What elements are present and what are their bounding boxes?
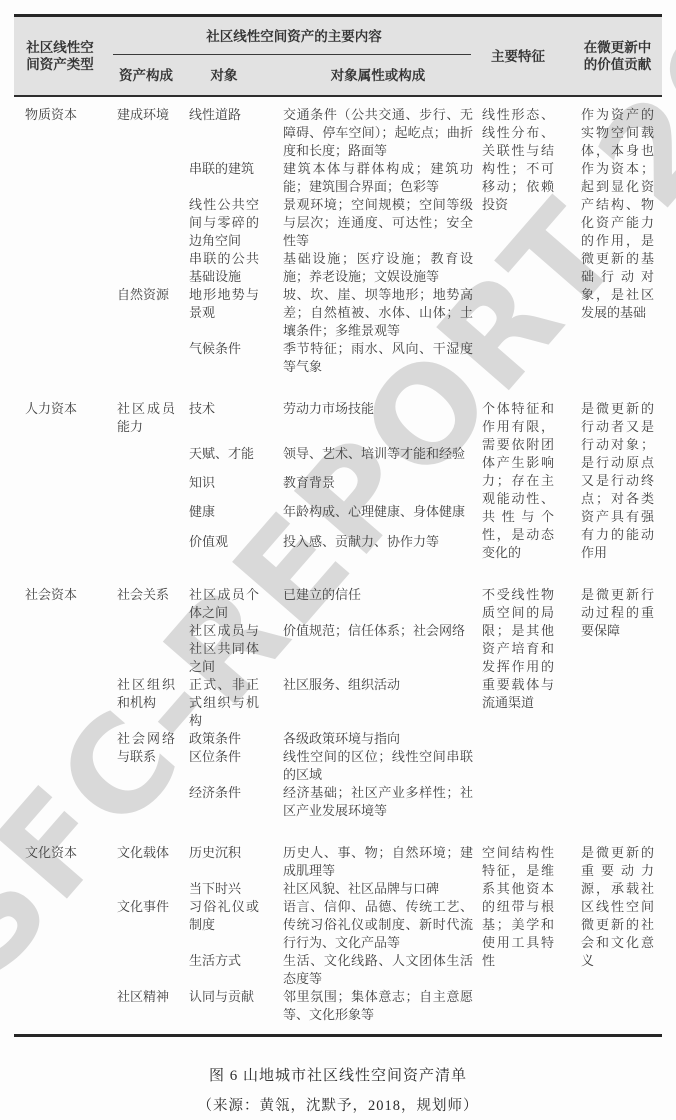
header-main-content: 社区线性空间资产的主要内容 <box>109 16 479 56</box>
attribute-cell: 社区服务、组织活动 <box>279 676 479 730</box>
attribute-cell: 年龄构成、心理健康、身体健康 <box>279 503 479 532</box>
figure-caption: 图 6 山地城市社区线性空间资产清单 （来源：黄瓴，沈默予，2018，规划师） <box>0 1064 676 1115</box>
value-cell: 是微更新的重要动力源，承载社区线性空间微更新的社会和文化意义 <box>579 820 662 1036</box>
attribute-cell: 基础设施；医疗设施；教育设施；养老设施；文娱设施等 <box>279 250 479 286</box>
table-row: 文化资本 文化载体 历史沉积 历史人、事、物；自然环境；建成肌理等 空间结构性特… <box>14 820 662 880</box>
attribute-cell: 已建立的信任 <box>279 562 479 622</box>
feature-cell: 个体特征和作用有限，需要依附团体产生影响力；存在主观能动性、共性与个性，是动态变… <box>479 376 579 562</box>
table-row: 社会资本 社会关系 社区成员个体之间 已建立的信任 不受线性物质空间的局限；是其… <box>14 562 662 622</box>
asset-type-cell: 社会资本 <box>14 562 109 820</box>
attribute-cell: 社区风貌、社区品牌与口碑 <box>279 880 479 898</box>
composition-cell: 自然资源 <box>109 286 185 376</box>
value-cell: 作为资产的实物空间载体，本身也作为资本；起到显化资产结构、物化资产能力的作用，是… <box>579 96 662 376</box>
header-value-contribution: 在微更新中的价值贡献 <box>579 16 662 97</box>
document-page: SFC-REPORT 2021 社区线性空间资产类型 社区线性空间资产的主要内容… <box>0 0 676 1120</box>
section-cultural-capital: 文化资本 文化载体 历史沉积 历史人、事、物；自然环境；建成肌理等 空间结构性特… <box>14 820 662 1036</box>
header-object-attribute: 对象属性或构成 <box>279 55 479 96</box>
object-cell: 政策条件 <box>185 730 279 748</box>
asset-type-cell: 物质资本 <box>14 96 109 376</box>
object-cell: 气候条件 <box>185 340 279 376</box>
feature-cell: 线性形态、线性分布、关联性与结构性；不可移动；依赖投资 <box>479 96 579 376</box>
object-cell: 社区成员个体之间 <box>185 562 279 622</box>
table-row: 人力资本 社区成员能力 技术 劳动力市场技能 个体特征和作用有限，需要依附团体产… <box>14 376 662 445</box>
composition-cell: 社区组织和机构 <box>109 676 185 730</box>
object-cell: 生活方式 <box>185 952 279 988</box>
header-asset-type: 社区线性空间资产类型 <box>14 16 109 97</box>
caption-source: （来源：黄瓴，沈默予，2018，规划师） <box>0 1094 676 1115</box>
object-cell: 认同与贡献 <box>185 988 279 1036</box>
attribute-cell: 景观环境；空间规模；空间等级与层次；连通度、可达性；安全性等 <box>279 196 479 250</box>
object-cell: 串联的建筑 <box>185 160 279 196</box>
object-cell: 经济条件 <box>185 784 279 820</box>
section-social-capital: 社会资本 社会关系 社区成员个体之间 已建立的信任 不受线性物质空间的局限；是其… <box>14 562 662 820</box>
attribute-cell: 建筑本体与群体构成；建筑功能；建筑围合界面；色彩等 <box>279 160 479 196</box>
composition-cell: 社区精神 <box>109 988 185 1036</box>
table-row: 物质资本 建成环境 线性道路 交通条件（公共交通、步行、无障碍、停车空间）；起屹… <box>14 96 662 160</box>
attribute-cell: 投入感、贡献力、协作力等 <box>279 533 479 562</box>
object-cell: 习俗礼仪或制度 <box>185 898 279 952</box>
object-cell: 地形地势与景观 <box>185 286 279 340</box>
attribute-cell: 语言、信仰、品德、传统工艺、传统习俗礼仪或制度、新时代流行行为、文化产品等 <box>279 898 479 952</box>
attribute-cell: 坡、坎、崖、坝等地形；地势高差；自然植被、水体、山体；土壤条件；多维景观等 <box>279 286 479 340</box>
composition-cell: 文化载体 <box>109 820 185 898</box>
object-cell: 正式、非正式组织与机构 <box>185 676 279 730</box>
caption-title: 图 6 山地城市社区线性空间资产清单 <box>0 1064 676 1085</box>
composition-cell: 文化事件 <box>109 898 185 988</box>
attribute-cell: 教育背景 <box>279 474 479 503</box>
composition-cell: 建成环境 <box>109 96 185 286</box>
composition-cell: 社会关系 <box>109 562 185 676</box>
object-cell: 价值观 <box>185 533 279 562</box>
feature-cell: 空间结构性特征，是维系其他资本的纽带与根基；美学和使用工具特性 <box>479 820 579 1036</box>
object-cell: 天赋、才能 <box>185 445 279 474</box>
object-cell: 串联的公共基础设施 <box>185 250 279 286</box>
attribute-cell: 领导、艺术、培训等才能和经验 <box>279 445 479 474</box>
table-header: 社区线性空间资产类型 社区线性空间资产的主要内容 主要特征 在微更新中的价值贡献… <box>14 16 662 97</box>
object-cell: 知识 <box>185 474 279 503</box>
header-main-feature: 主要特征 <box>479 16 579 97</box>
object-cell: 健康 <box>185 503 279 532</box>
section-material-capital: 物质资本 建成环境 线性道路 交通条件（公共交通、步行、无障碍、停车空间）；起屹… <box>14 96 662 376</box>
section-human-capital: 人力资本 社区成员能力 技术 劳动力市场技能 个体特征和作用有限，需要依附团体产… <box>14 376 662 562</box>
feature-cell: 不受线性物质空间的局限；是其他资产培育和发挥作用的重要载体与流通渠道 <box>479 562 579 820</box>
attribute-cell: 经济基础；社区产业多样性；社区产业发展环境等 <box>279 784 479 820</box>
header-object: 对象 <box>185 55 279 96</box>
object-cell: 社区成员与社区共同体之间 <box>185 622 279 676</box>
object-cell: 区位条件 <box>185 748 279 784</box>
attribute-cell: 季节特征；雨水、风向、干湿度等气象 <box>279 340 479 376</box>
composition-cell: 社会网络与联系 <box>109 730 185 820</box>
object-cell: 当下时兴 <box>185 880 279 898</box>
attribute-cell: 历史人、事、物；自然环境；建成肌理等 <box>279 820 479 880</box>
attribute-cell: 交通条件（公共交通、步行、无障碍、停车空间）；起屹点；曲折度和长度；路面等 <box>279 96 479 160</box>
asset-type-cell: 人力资本 <box>14 376 109 562</box>
asset-type-cell: 文化资本 <box>14 820 109 1036</box>
attribute-cell: 邻里氛围；集体意志；自主意愿等、文化形象等 <box>279 988 479 1036</box>
value-cell: 是微更新的行动者又是行动对象；是行动原点又是行动终点；对各类资产具有强有力的能动… <box>579 376 662 562</box>
object-cell: 历史沉积 <box>185 820 279 880</box>
attribute-cell: 线性空间的区位；线性空间串联的区域 <box>279 748 479 784</box>
attribute-cell: 各级政策环境与指向 <box>279 730 479 748</box>
attribute-cell: 生活、文化线路、人文团体生活态度等 <box>279 952 479 988</box>
object-cell: 线性公共空间与零碎的边角空间 <box>185 196 279 250</box>
asset-inventory-table: 社区线性空间资产类型 社区线性空间资产的主要内容 主要特征 在微更新中的价值贡献… <box>14 14 662 1037</box>
attribute-cell: 价值规范；信任体系；社会网络 <box>279 622 479 676</box>
object-cell: 线性道路 <box>185 96 279 160</box>
value-cell: 是微更新行动过程的重要保障 <box>579 562 662 820</box>
composition-cell: 社区成员能力 <box>109 376 185 562</box>
header-asset-composition: 资产构成 <box>109 55 185 96</box>
attribute-cell: 劳动力市场技能 <box>279 376 479 445</box>
object-cell: 技术 <box>185 376 279 445</box>
